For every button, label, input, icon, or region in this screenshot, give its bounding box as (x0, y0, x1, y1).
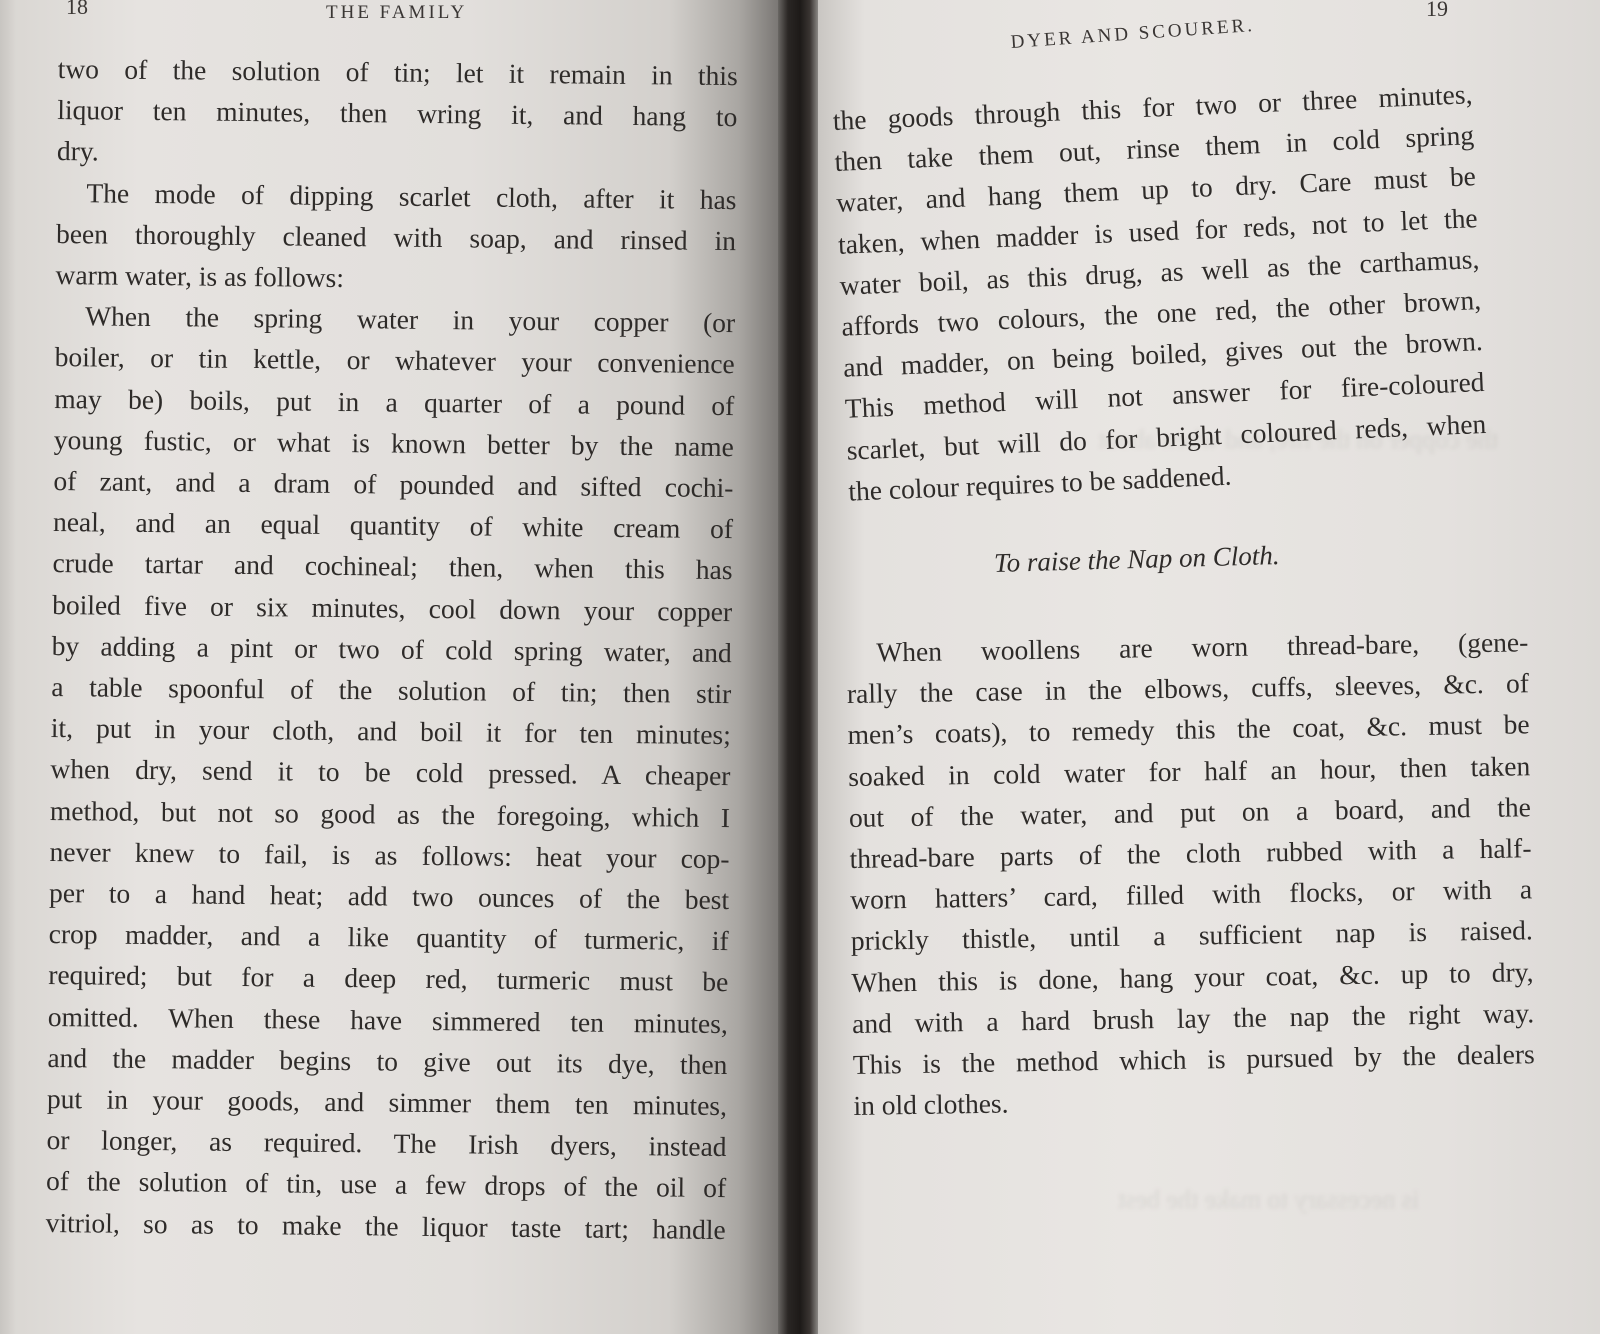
text-line: two of the solution of tin; let it remai… (58, 48, 738, 96)
text-line: The mode of dipping scarlet cloth, after… (56, 172, 736, 220)
text-line: when dry, send it to be cold pressed. A … (50, 748, 730, 796)
text-line: crop madder, and a like quantity of turm… (49, 913, 729, 961)
text-line: warm water, is as follows: (55, 254, 735, 302)
text-line: required; but for a deep red, turmeric m… (48, 954, 728, 1002)
left-page-body: two of the solution of tin; let it remai… (45, 48, 737, 1250)
text-line: and the madder begins to give out its dy… (47, 1037, 727, 1085)
text-line: neal, and an equal quantity of white cre… (53, 501, 733, 549)
paragraph: The mode of dipping scarlet cloth, after… (55, 172, 736, 303)
bleed-through-text: is necessary to make the best (1118, 1180, 1419, 1220)
text-line: of the solution of tin, use a few drops … (46, 1160, 726, 1208)
page-edge (0, 0, 16, 1334)
text-line: it, put in your cloth, and boil it for t… (51, 707, 731, 755)
left-running-head: THE FAMILY (326, 2, 467, 24)
text-line: put in your goods, and simmer them ten m… (47, 1078, 727, 1126)
text-line: method, but not so good as the foregoing… (50, 790, 730, 838)
text-line: boiler, or tin kettle, or whatever your … (55, 336, 735, 384)
text-line: never knew to fail, is as follows: heat … (49, 831, 729, 879)
book-gutter (778, 0, 818, 1334)
text-line: boiled five or six minutes, cool down yo… (52, 584, 732, 632)
text-line: liquor ten minutes, then wring it, and h… (57, 89, 737, 137)
text-line: crude tartar and cochineal; then, when t… (52, 542, 732, 590)
text-line: vitriol, so as to make the liquor taste … (45, 1202, 725, 1250)
paragraph: When the spring water in your copper (or… (45, 295, 735, 1250)
text-line: omitted. When these have simmered ten mi… (48, 996, 728, 1044)
text-line: dry. (57, 130, 737, 178)
text-line: may be) boils, put in a quarter of a pou… (54, 378, 734, 426)
paragraph: the goods through this for two or three … (832, 73, 1489, 511)
left-page-number: 18 (66, 0, 88, 20)
paragraph: two of the solution of tin; let it remai… (57, 48, 738, 179)
text-line: of zant, and a dram of pounded and sifte… (53, 460, 733, 508)
text-line: a table spoonful of the solution of tin;… (51, 666, 731, 714)
text-line: been thoroughly cleaned with soap, and r… (56, 213, 736, 261)
right-page-body: the goods through this for two or three … (832, 73, 1489, 511)
text-line: When the spring water in your copper (or (55, 295, 735, 343)
text-line: or longer, as required. The Irish dyers,… (46, 1119, 726, 1167)
text-line: by adding a pint or two of cold spring w… (52, 625, 732, 673)
text-line: young fustic, or what is known better by… (54, 419, 734, 467)
right-page-number: 19 (1426, 0, 1448, 22)
paragraph: When woollens are worn thread-bare, (gen… (846, 621, 1536, 1126)
section-body: When woollens are worn thread-bare, (gen… (846, 621, 1536, 1126)
text-line: per to a hand heat; add two ounces of th… (49, 872, 729, 920)
left-page: 18 THE FAMILY two of the solution of tin… (0, 0, 778, 1334)
book-spread: 18 THE FAMILY two of the solution of tin… (0, 0, 1600, 1334)
right-running-head: DYER AND SCOURER. (1010, 15, 1256, 54)
